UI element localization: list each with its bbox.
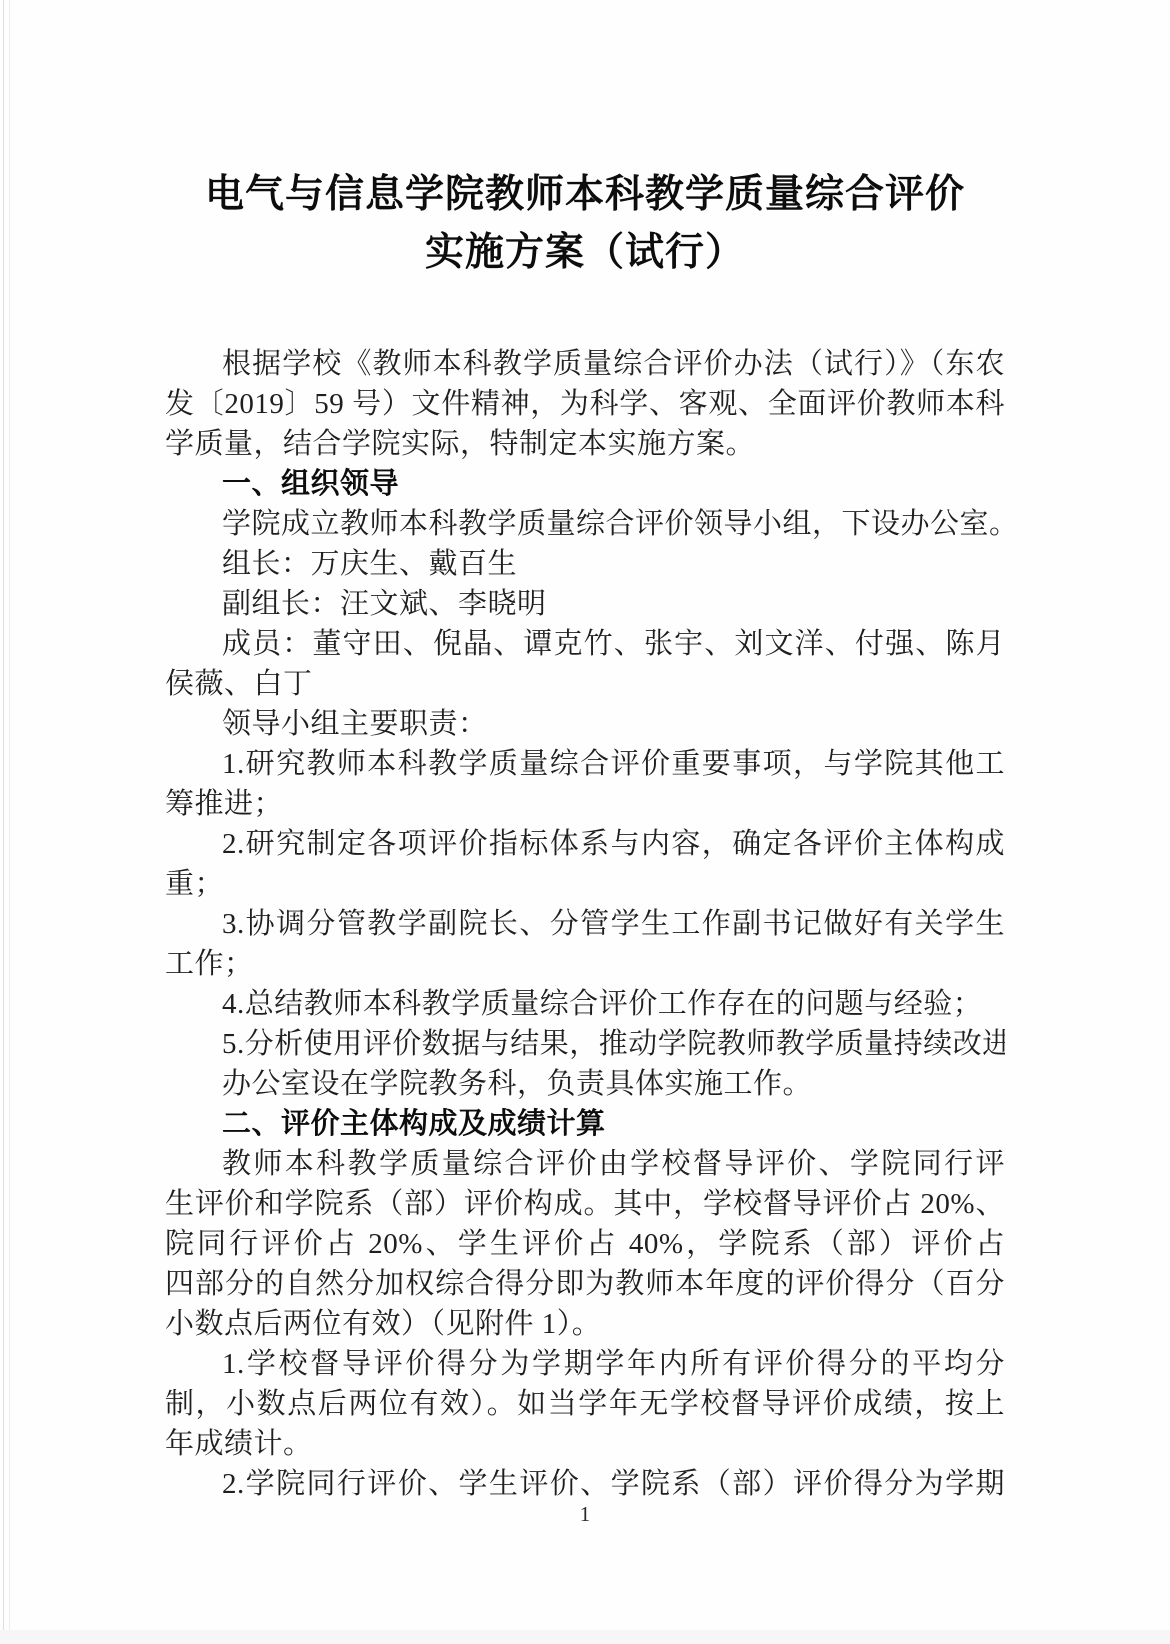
text-line: 学质量，结合学院实际，特制定本实施方案。 xyxy=(165,424,1005,464)
scan-edge-line-outer xyxy=(3,0,4,1644)
text-line: 筹推进； xyxy=(165,784,1005,824)
page-number: 1 xyxy=(580,1502,591,1526)
document-title-line-1: 电气与信息学院教师本科教学质量综合评价 xyxy=(0,166,1170,224)
text-line: 根据学校《教师本科教学质量综合评价办法（试行）》（东农校 xyxy=(165,344,1005,384)
document-page: 电气与信息学院教师本科教学质量综合评价 实施方案（试行） 根据学校《教师本科教学… xyxy=(0,0,1170,1644)
text-line: 一、组织领导 xyxy=(165,464,1005,504)
text-line: 2.学院同行评价、学生评价、学院系（部）评价得分为学期学年 xyxy=(165,1464,1005,1504)
text-line: 3.协调分管教学副院长、分管学生工作副书记做好有关学生评价 xyxy=(165,904,1005,944)
document-body: 根据学校《教师本科教学质量综合评价办法（试行）》（东农校发〔2019〕59 号）… xyxy=(165,344,1005,1504)
text-line: 4.总结教师本科教学质量综合评价工作存在的问题与经验； xyxy=(165,984,1005,1024)
text-line: 办公室设在学院教务科，负责具体实施工作。 xyxy=(165,1064,1005,1104)
text-line: 成员：董守田、倪晶、谭克竹、张宇、刘文洋、付强、陈月华、 xyxy=(165,624,1005,664)
text-line: 年成绩计。 xyxy=(165,1424,1005,1464)
text-line: 领导小组主要职责： xyxy=(165,704,1005,744)
page-footer: 1 xyxy=(0,1502,1170,1527)
text-line: 学院成立教师本科教学质量综合评价领导小组，下设办公室。 xyxy=(165,504,1005,544)
text-line: 重； xyxy=(165,864,1005,904)
document-title: 电气与信息学院教师本科教学质量综合评价 实施方案（试行） xyxy=(0,0,1170,282)
text-line: 1.学校督导评价得分为学期学年内所有评价得分的平均分（百分 xyxy=(165,1344,1005,1384)
scan-bottom-band xyxy=(0,1630,1170,1644)
scan-edge-line-inner xyxy=(9,0,10,1644)
text-line: 二、评价主体构成及成绩计算 xyxy=(165,1104,1005,1144)
text-line: 副组长：汪文斌、李晓明 xyxy=(165,584,1005,624)
text-line: 教师本科教学质量综合评价由学校督导评价、学院同行评价、学 xyxy=(165,1144,1005,1184)
text-line: 生评价和学院系（部）评价构成。其中，学校督导评价占 20%、学 xyxy=(165,1184,1005,1224)
text-line: 四部分的自然分加权综合得分即为教师本年度的评价得分（百分制， xyxy=(165,1264,1005,1304)
text-line: 小数点后两位有效）（见附件 1）。 xyxy=(165,1304,1005,1344)
text-line: 发〔2019〕59 号）文件精神，为科学、客观、全面评价教师本科教 xyxy=(165,384,1005,424)
text-line: 工作； xyxy=(165,944,1005,984)
text-line: 组长：万庆生、戴百生 xyxy=(165,544,1005,584)
text-line: 制，小数点后两位有效）。如当学年无学校督导评价成绩，按上一学 xyxy=(165,1384,1005,1424)
text-line: 2.研究制定各项评价指标体系与内容，确定各评价主体构成与权 xyxy=(165,824,1005,864)
document-title-line-2: 实施方案（试行） xyxy=(0,224,1170,282)
text-line: 1.研究教师本科教学质量综合评价重要事项，与学院其他工作统 xyxy=(165,744,1005,784)
text-line: 侯薇、白丁 xyxy=(165,664,1005,704)
text-line: 5.分析使用评价数据与结果，推动学院教师教学质量持续改进。 xyxy=(165,1024,1005,1064)
text-line: 院同行评价占 20%、学生评价占 40%，学院系（部）评价占 20%， xyxy=(165,1224,1005,1264)
